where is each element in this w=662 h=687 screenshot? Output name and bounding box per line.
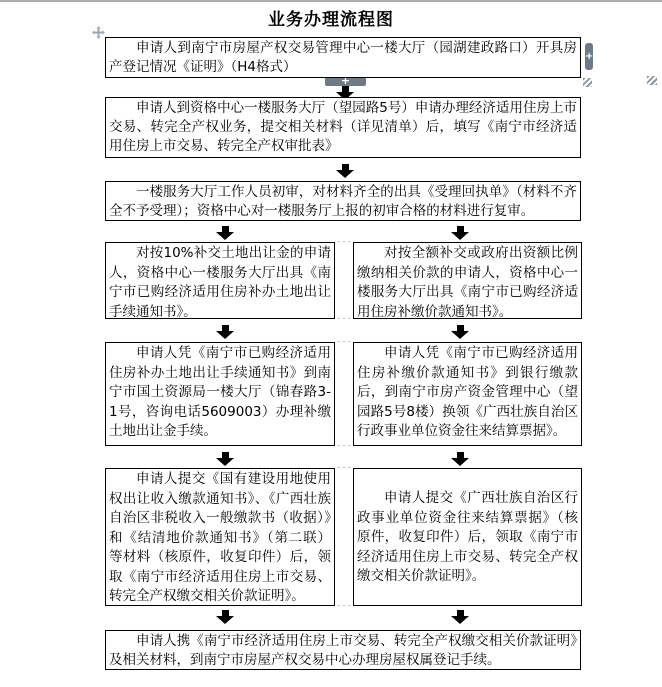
diagonal-resize-icon[interactable] xyxy=(647,76,657,85)
flow-step-1-box[interactable]: 申请人到南宁市房屋产权交易管理中心一楼大厅（园湖建政路口）开具房产登记情况《证明… xyxy=(105,37,581,78)
flow-step-6-left-box[interactable]: 申请人提交《国有建设用地使用权出让收入缴款通知书》、《广西壮族自治区非税收入一般… xyxy=(105,468,335,606)
flow-step-3-box[interactable]: 一楼服务大厅工作人员初审，对材料齐全的出具《受理回执单》（材料不齐全不予受理）；… xyxy=(105,181,581,221)
gridline-dash xyxy=(337,445,351,446)
down-arrow-icon xyxy=(216,452,234,466)
plus-handle-horizontal[interactable]: + xyxy=(325,77,366,86)
plus-handle-vertical[interactable]: + xyxy=(585,43,593,70)
down-arrow-icon xyxy=(216,610,234,624)
diagonal-resize-icon[interactable] xyxy=(583,78,592,87)
gridline-dash xyxy=(337,467,351,468)
flow-step-5-left-box[interactable]: 申请人凭《南宁市已购经济适用住房补办土地出让手续通知书》到南宁市国土资源局一楼大… xyxy=(105,342,335,446)
flow-step-6-right-box[interactable]: 申请人提交《广西壮族自治区行政事业单位资金往来结算票据》（核原件，收复印件）后，… xyxy=(353,468,582,606)
down-arrow-icon xyxy=(216,325,234,339)
down-arrow-icon xyxy=(451,325,469,339)
down-arrow-icon xyxy=(451,452,469,466)
down-arrow-icon xyxy=(451,610,469,624)
gridline-dash xyxy=(337,241,351,242)
down-arrow-icon xyxy=(336,164,354,178)
flow-step-2-box[interactable]: 申请人到资格中心一楼服务大厅（望园路5号）申请办理经济适用住房上市交易、转完全产… xyxy=(105,97,581,158)
flow-step-4-right-box[interactable]: 对按全额补交或政府出资额比例缴纳相关价款的申请人，资格中心一楼服务大厅出具《南宁… xyxy=(353,242,582,319)
flow-step-7-box[interactable]: 申请人携《南宁市经济适用住房上市交易、转完全产权缴交相关价款证明》及相关材料，到… xyxy=(105,630,581,670)
move-cross-icon[interactable] xyxy=(92,24,105,37)
document-page: 业务办理流程图 + + 申请人到南宁市房屋产权交易管理中心一楼大厅（园湖建政路口… xyxy=(0,0,662,687)
gridline-dash xyxy=(337,318,351,319)
flow-step-5-right-box[interactable]: 申请人凭《南宁市已购经济适用住房补缴价款通知书》到银行缴款后，到南宁市房产资金管… xyxy=(353,342,582,446)
gridline-dash xyxy=(337,605,351,606)
page-top-edge xyxy=(0,0,662,2)
down-arrow-icon xyxy=(451,226,469,240)
flow-step-4-left-box[interactable]: 对按10%补交土地出让金的申请人，资格中心一楼服务大厅出具《南宁市已购经济适用住… xyxy=(105,242,335,319)
down-arrow-icon xyxy=(216,226,234,240)
gridline-dash xyxy=(337,341,351,342)
